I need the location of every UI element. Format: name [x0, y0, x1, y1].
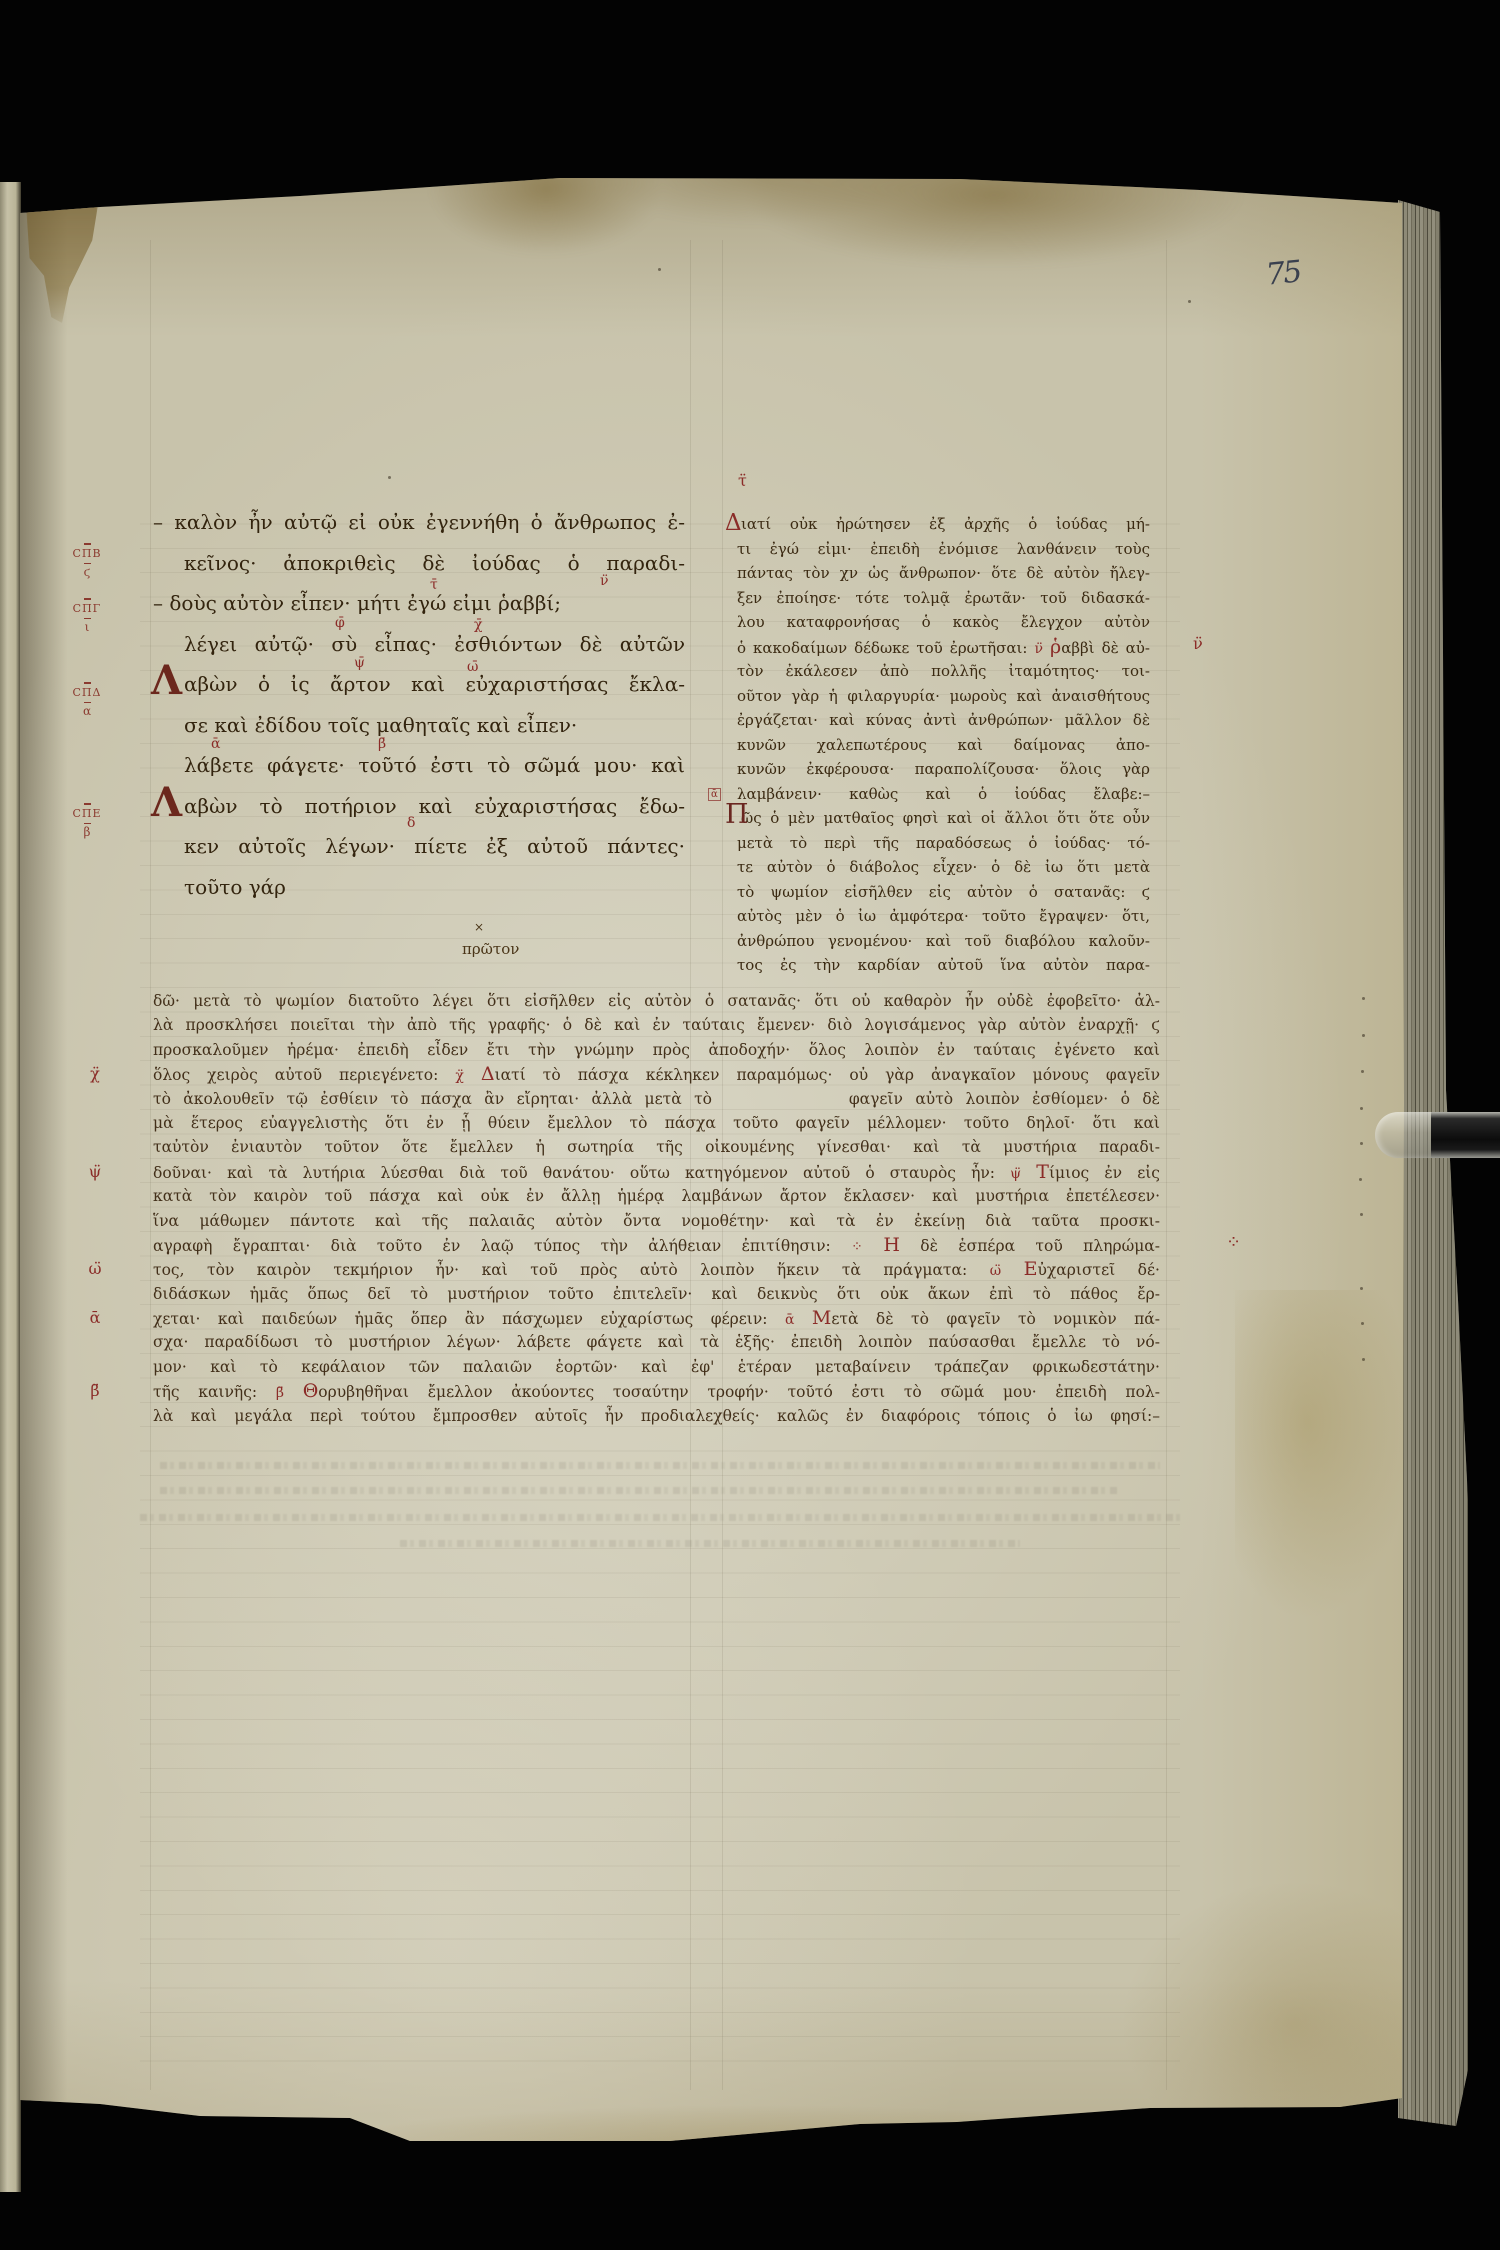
commentary-line: τος ἐς τὴν καρδίαν αὐτοῦ ἵνα αὐτὸν παρα-: [725, 953, 1150, 978]
gospel-line: λάβετε φάγετε· τοῦτό ἐστι τὸ σῶμά μου· κ…: [153, 745, 685, 786]
glass-page-weight: [1375, 1110, 1500, 1160]
commentary-line: μὰ ἕτερος εὐαγγελιστὴς ὅτι ἐν ᾗ θύειν ἔμ…: [153, 1111, 1160, 1135]
commentary-line: αγραφὴ ἔγραπται· διὰ τοῦτο ἐν λαῷ τύπος …: [153, 1233, 1160, 1257]
rubric-siglum: ω̈: [990, 1263, 1001, 1279]
ink-speck: [1188, 300, 1191, 303]
eusebian-canon-note: ϲπδ α: [72, 682, 102, 718]
canon-number: ι: [72, 618, 102, 635]
vertical-ruling: [150, 240, 151, 2090]
line-text: αββὶ δὲ αὐ-: [1061, 639, 1150, 657]
rubricated-initial: Η: [883, 1234, 900, 1256]
gospel-line: λέγει αὐτῷ· σὺ εἶπας· ἐσθιόντων δὲ αὐτῶν: [153, 624, 685, 665]
line-text: αβὼν ὁ ἰς ἄρτον καὶ εὐχαριστήσας ἔκλα-: [184, 672, 685, 696]
ink-speck: [388, 476, 391, 479]
section-number: ϲπδ: [72, 682, 102, 699]
commentary-line: αὐτὸς μὲν ὁ ἰω ἀμφότερα· τοῦτο ἔγραψεν· …: [725, 904, 1150, 929]
interlinear-siglum: φ̄: [335, 616, 345, 630]
commentary-line: λὰ καὶ μεγάλα περὶ τούτου ἔμπροσθεν αὐτο…: [153, 1404, 1160, 1428]
canon-number: ϛ: [72, 563, 102, 580]
interlinear-siglum: β̄: [378, 737, 386, 751]
line-text: ιατί οὐκ ἠρώτησεν ἐξ ἀρχῆς ὁ ἰούδας μή-: [741, 515, 1150, 533]
interlinear-siglum: ψ̄: [354, 656, 365, 670]
commentary-line: τὸ ἀκολουθεῖν τῷ ἐσθίειν τὸ πάσχα ἂν εἴρ…: [153, 1087, 1160, 1111]
commentary-line: λαμβάνειν· καθὼς καὶ ὁ ἰούδας ἔλαβε:–: [725, 782, 1150, 807]
commentary-line: Διατί οὐκ ἠρώτησεν ἐξ ἀρχῆς ὁ ἰούδας μή-: [725, 512, 1150, 537]
commentary-line: μετὰ τὸ περὶ τῆς παραδόσεως ὁ ἰούδας· τό…: [725, 831, 1150, 856]
commentary-line: τι ἐγώ εἰμι· ἐπειδὴ ἐνόμισε λανθάνειν το…: [725, 537, 1150, 562]
bleed-through-text: [160, 1487, 1120, 1494]
vertical-ruling: [1166, 240, 1167, 2090]
commentary-line: Πῶς ὁ μὲν ματθαῖος φησὶ καὶ οἱ ἄλλοι ὅτι…: [725, 806, 1150, 831]
line-text: δοῦναι· καὶ τὰ λυτήρια λύεσθαι διὰ τοῦ θ…: [153, 1164, 995, 1182]
rubric-siglum: χ̈: [455, 1068, 463, 1084]
eusebian-canon-note: ϲπε β: [72, 803, 102, 839]
rubricated-initial: ῥ: [1050, 636, 1061, 658]
line-text: δὲ ἑσπέρα τοῦ πληρώμα-: [900, 1237, 1160, 1255]
margin-siglum: ν̈: [1193, 637, 1203, 651]
commentary-line: λου καταφρονήσας ὁ κακὸς ἔλεγχον αὐτὸν: [725, 610, 1150, 635]
commentary-line: διδάσκων ἡμᾶς ὅπως δεῖ τὸ μυστήριον τοῦτ…: [153, 1282, 1160, 1306]
commentary-line: τῆς καινῆς: β̈ Θορυβηθῆναι ἔμελλον ἀκούο…: [153, 1379, 1160, 1403]
commentary-line: τὸν ἐκάλεσεν ἀπὸ πολλῆς ἰταμότητος· τοι-: [725, 659, 1150, 684]
commentary-line: ὁ κακοδαίμων δέδωκε τοῦ ἐρωτῆσαι: ν̈ ῥαβ…: [725, 635, 1150, 660]
decorated-initial: Λ: [151, 661, 182, 701]
water-stain: [430, 165, 1260, 285]
line-text: ὁ κακοδαίμων δέδωκε τοῦ ἐρωτῆσαι:: [737, 639, 1027, 657]
commentary-line: τος, τὸν καιρὸν τεκμήριον ἦν· καὶ τοῦ πρ…: [153, 1257, 1160, 1281]
pricking-hole: [1361, 1070, 1364, 1073]
margin-siglum: ω̈: [84, 1259, 106, 1278]
commentary-line: σχα· παραδίδωσι τὸ μυστήριον λέγων· λάβε…: [153, 1330, 1160, 1354]
gospel-line: τοῦτο γάρ: [153, 867, 685, 908]
gospel-line: – δοὺς αὐτὸν εἶπεν· μήτι ἐγώ εἰμι ῥαββί;: [153, 583, 685, 624]
line-text: τῆς καινῆς:: [153, 1383, 257, 1401]
commentary-line: ὅλος χειρὸς αὐτοῦ περιεγένετο: χ̈ Διατί …: [153, 1062, 1160, 1086]
line-text: χεται· καὶ παιδεύων ἡμᾶς ὅπερ ἂν πάσχωμε…: [153, 1310, 768, 1328]
rubric-siglum: β̈: [276, 1385, 284, 1401]
line-text: αγραφὴ ἔγραπται· διὰ τοῦτο ἐν λαῷ τύπος …: [153, 1237, 831, 1255]
rubricated-initial: Π: [725, 801, 749, 829]
commentary-line: δοῦναι· καὶ τὰ λυτήρια λύεσθαι διὰ τοῦ θ…: [153, 1160, 1160, 1184]
commentary-block: δῶ· μετὰ τὸ ψωμίον διατοῦτο λέγει ὅτι εἰ…: [153, 989, 1160, 1428]
water-stain: [380, 2060, 1140, 2150]
rubricated-initial: Θ: [303, 1380, 319, 1402]
boxed-siglum: ᾱ: [708, 788, 721, 801]
water-stain: [26, 205, 98, 323]
commentary-line: κατὰ τὸν καιρὸν τοῦ πάσχα καὶ οὐκ ἐν ἄλλ…: [153, 1184, 1160, 1208]
eusebian-canon-note: ϲπβ ϛ: [72, 543, 102, 579]
water-stain: [1120, 1880, 1410, 2120]
line-text: ετὰ δὲ τὸ φαγεῖν τὸ νομικὸν πά-: [831, 1310, 1160, 1328]
ink-speck: [658, 268, 661, 271]
commentary-line: ἀνθρώπου γενομένου· καὶ τοῦ διαβόλου καλ…: [725, 929, 1150, 954]
gospel-line: Λαβὼν ὁ ἰς ἄρτον καὶ εὐχαριστήσας ἔκλα-: [153, 664, 685, 705]
commentary-line: προσκαλοῦμεν ἠρέμα· ἐπειδὴ εἶδεν ἔτι τὴν…: [153, 1038, 1160, 1062]
page-weight-body: [1431, 1112, 1500, 1158]
rubric-siglum: ν̈: [1035, 641, 1044, 657]
interlinear-siglum: χ̄: [474, 618, 482, 632]
line-text: ορυβηθῆναι ἔμελλον ἀκούοντες τοσαύτην τρ…: [318, 1383, 1160, 1401]
right-margin-siglum: ⁘: [1226, 1236, 1241, 1250]
commentary-line: δῶ· μετὰ τὸ ψωμίον διατοῦτο λέγει ὅτι εἰ…: [153, 989, 1160, 1013]
commentary-line: ἐργάζεται· καὶ κύνας ἀντὶ ἀνθρώπων· μᾶλλ…: [725, 708, 1150, 733]
commentary-line: τὸ ψωμίον εἰσῆλθεν εἰς αὐτὸν ὁ σατανᾶς: …: [725, 880, 1150, 905]
line-text: αβὼν τὸ ποτήριον καὶ εὐχαριστήσας ἔδω-: [184, 794, 685, 818]
rubricated-initial: Δ: [725, 509, 742, 537]
line-text: φαγεῖν αὐτὸ λοιπὸν ἐσθίομεν· ὁ δὲ: [849, 1090, 1160, 1108]
previous-leaf-edge: [0, 182, 21, 2192]
rubric-siglum: ᾱ: [785, 1312, 794, 1328]
section-number: ϲπγ: [72, 598, 102, 615]
line-text: ιατί τὸ πάσχα κέκληκεν παραμόμως· οὐ γὰρ…: [495, 1066, 1160, 1084]
pricking-hole: [1360, 1107, 1363, 1110]
pricking-hole: [1362, 997, 1365, 1000]
rubricated-initial: Μ: [812, 1307, 831, 1329]
commentary-column: Διατί οὐκ ἠρώτησεν ἐξ ἀρχῆς ὁ ἰούδας μή-…: [725, 512, 1150, 978]
commentary-line: τε αὐτὸν ὁ διάβολος εἶχεν· ὁ δὲ ἰω ὅτι μ…: [725, 855, 1150, 880]
line-text: ὐχαριστεῖ δέ·: [1037, 1261, 1160, 1279]
bleed-through-text: [160, 1462, 1160, 1469]
canon-number: β: [72, 823, 102, 840]
commentary-line: ταὐτὸν ἐνιαυτὸν τοῦτον ὅτε ἔμελλεν ἡ σωτ…: [153, 1135, 1160, 1159]
canon-number: α: [72, 702, 102, 719]
gospel-line: – καλὸν ἦν αὐτῷ εἰ οὐκ ἐγεννήθη ὁ ἄνθρωπ…: [153, 502, 685, 543]
margin-siglum: ᾱ: [84, 1308, 106, 1327]
rubric-siglum: ⁘: [851, 1239, 863, 1255]
rubricated-initial: Τ: [1036, 1161, 1049, 1183]
margin-siglum: χ̈: [84, 1064, 106, 1083]
bleed-through-text: [140, 1514, 1180, 1521]
section-number: ϲπε: [72, 803, 102, 820]
pricking-hole: [1361, 1322, 1364, 1325]
gospel-line: κεν αὐτοῖς λέγων· πίετε ἐξ αὐτοῦ πάντες·: [153, 826, 685, 867]
line-text: ὅλος χειρὸς αὐτοῦ περιεγένετο:: [153, 1066, 438, 1084]
folio-number: 75: [1264, 254, 1302, 292]
commentary-line: χεται· καὶ παιδεύων ἡμᾶς ὅπερ ἂν πάσχωμε…: [153, 1306, 1160, 1330]
line-text: τος, τὸν καιρὸν τεκμήριον ἦν· καὶ τοῦ πρ…: [153, 1261, 967, 1279]
commentary-line: λὰ προσκλήσει ποιεῖται τὴν ἀπὸ τῆς γραφῆ…: [153, 1013, 1160, 1037]
pricking-hole: [1362, 1034, 1365, 1037]
gospel-line: σε καὶ ἐδίδου τοῖς μαθηταῖς καὶ εἶπεν·: [153, 705, 685, 746]
line-text: ίμιος ἐν εἰς: [1049, 1164, 1160, 1182]
commentary-line: πάντας τὸν χν ὡς ἄνθρωπον· ὅτε δὲ αὐτὸν …: [725, 561, 1150, 586]
decorated-initial: Λ: [151, 783, 182, 823]
commentary-line: οῦτον γὰρ ἡ φιλαργυρία· μωροὺς καὶ ἀναισ…: [725, 684, 1150, 709]
catchword: πρῶτον: [462, 940, 519, 958]
water-stain: [1235, 1290, 1415, 1620]
interlinear-siglum: ω̄: [467, 660, 478, 674]
pricking-hole: [1362, 1358, 1365, 1361]
commentary-line: ἵνα μάθωμεν πάντοτε καὶ τῆς παλαιᾶς αὐτὸ…: [153, 1209, 1160, 1233]
pricking-hole: [1360, 1287, 1363, 1290]
line-text: ῶς ὁ μὲν ματθαῖος φησὶ καὶ οἱ ἄλλοι ὅτι …: [741, 809, 1150, 827]
interlinear-siglum: δ: [407, 816, 415, 830]
section-number: ϲπβ: [72, 543, 102, 560]
pricking-hole: [1360, 1213, 1363, 1216]
gospel-line: Λαβὼν τὸ ποτήριον καὶ εὐχαριστήσας ἔδω-: [153, 786, 685, 827]
interlinear-siglum: ᾱ: [211, 737, 220, 751]
commentary-line: κυνῶν χαλεπωτέρους καὶ δαίμονας ἀπο-: [725, 733, 1150, 758]
eusebian-canon-note: ϲπγ ι: [72, 598, 102, 634]
rubric-siglum: ψ̈: [1010, 1166, 1021, 1182]
rubricated-initial: Δ: [481, 1063, 495, 1085]
interlinear-siglum: τ̄: [430, 578, 438, 592]
commentary-line: μον· καὶ τὸ κεφάλαιον τῶν παλαιῶν ἑορτῶν…: [153, 1355, 1160, 1379]
margin-siglum: ψ̈: [84, 1162, 106, 1181]
margin-siglum: β̈: [84, 1381, 106, 1400]
gospel-text-column: – καλὸν ἦν αὐτῷ εἰ οὐκ ἐγεννήθη ὁ ἄνθρωπ…: [153, 502, 685, 907]
pricking-hole: [1360, 1142, 1363, 1145]
line-text: τὸ ἀκολουθεῖν τῷ ἐσθίειν τὸ πάσχα ἂν εἴρ…: [153, 1090, 712, 1108]
rubricated-initial: Ε: [1024, 1258, 1038, 1280]
pricking-hole: [1359, 1178, 1362, 1181]
catchword-mark: ×: [474, 920, 484, 934]
interlinear-siglum: ν̈: [600, 574, 609, 588]
commentary-line: κυνῶν ἐκφέρουσα· παραπολίζουσα· ὅλοις γὰ…: [725, 757, 1150, 782]
commentary-heading-mark: τ̈: [738, 474, 747, 488]
commentary-line: ξεν ἐποίησε· τότε τολμᾷ ἐρωτᾶν· τοῦ διδα…: [725, 586, 1150, 611]
bleed-through-text: [400, 1540, 1020, 1547]
